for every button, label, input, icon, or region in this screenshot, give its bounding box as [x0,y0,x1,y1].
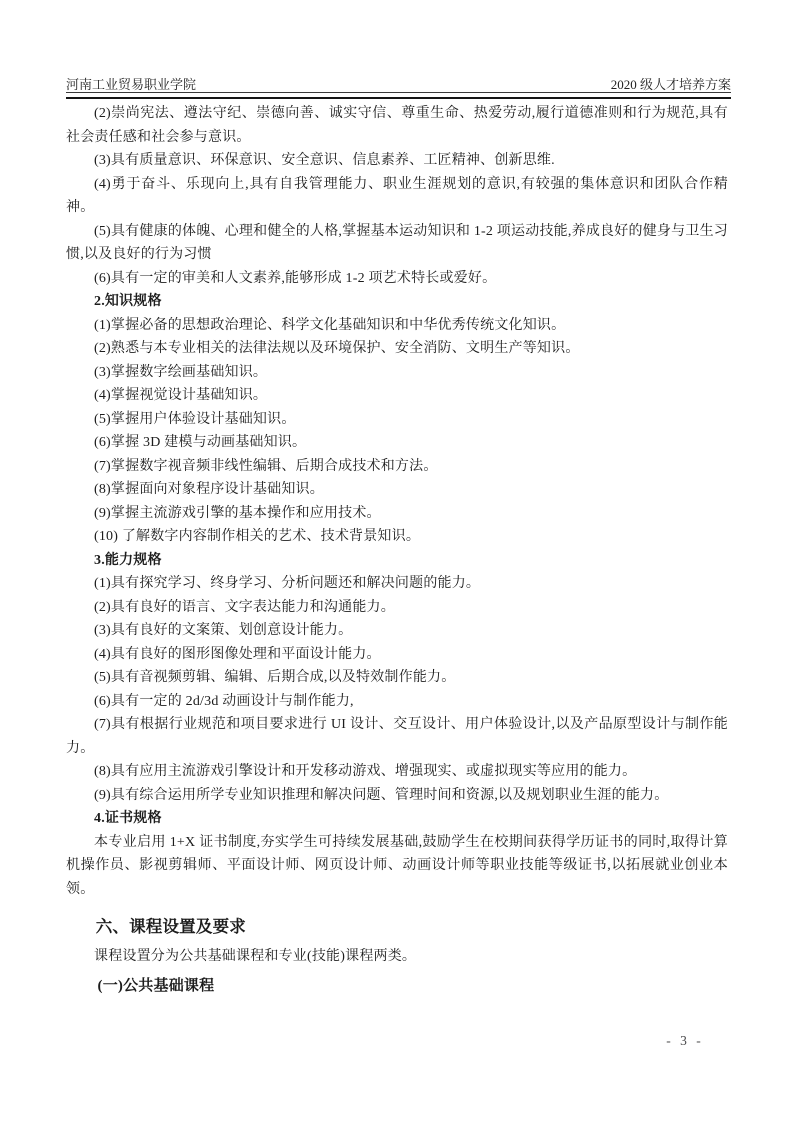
section-heading-courses: 六、课程设置及要求 [66,914,728,940]
knowledge-item-1: (1)掌握必备的思想政治理论、科学文化基础知识和中华优秀传统文化知识。 [66,314,728,338]
knowledge-item-3: (3)掌握数字绘画基础知识。 [66,361,728,385]
knowledge-item-7: (7)掌握数字视音频非线性编辑、后期合成技术和方法。 [66,455,728,479]
page-number: - 3 - [655,1033,715,1049]
header-rule-thin [66,92,731,93]
ability-item-6: (6)具有一定的 2d/3d 动画设计与制作能力, [66,690,728,714]
knowledge-item-10: (10) 了解数字内容制作相关的艺术、技术背景知识。 [66,525,728,549]
heading-ability: 3.能力规格 [66,549,728,573]
ability-item-4: (4)具有良好的图形图像处理和平面设计能力。 [66,643,728,667]
quality-item-5: (5)具有健康的体魄、心理和健全的人格,掌握基本运动知识和 1-2 项运动技能,… [66,220,728,267]
header-rule-thick [66,97,731,99]
header-school-name: 河南工业贸易职业学院 [66,74,196,93]
quality-item-2: (2)崇尚宪法、遵法守纪、崇德向善、诚实守信、尊重生命、热爱劳动,履行道德准则和… [66,102,728,149]
heading-certificate: 4.证书规格 [66,807,728,831]
knowledge-item-2: (2)熟悉与本专业相关的法律法规以及环境保护、安全消防、文明生产等知识。 [66,337,728,361]
ability-item-7: (7)具有根据行业规范和项目要求进行 UI 设计、交互设计、用户体验设计,以及产… [66,713,728,760]
ability-item-1: (1)具有探究学习、终身学习、分析问题还和解决问题的能力。 [66,572,728,596]
certificate-paragraph: 本专业启用 1+X 证书制度,夯实学生可持续发展基础,鼓励学生在校期间获得学历证… [66,831,728,902]
knowledge-item-6: (6)掌握 3D 建模与动画基础知识。 [66,431,728,455]
knowledge-item-9: (9)掌握主流游戏引擎的基本操作和应用技术。 [66,502,728,526]
courses-intro: 课程设置分为公共基础课程和专业(技能)课程两类。 [66,945,728,969]
ability-item-5: (5)具有音视频剪辑、编辑、后期合成,以及特效制作能力。 [66,666,728,690]
quality-item-4: (4)勇于奋斗、乐现向上,具有自我管理能力、职业生涯规划的意识,有较强的集体意识… [66,173,728,220]
quality-item-6: (6)具有一定的审美和人文素养,能够形成 1-2 项艺术特长或爱好。 [66,267,728,291]
ability-item-8: (8)具有应用主流游戏引擎设计和开发移动游戏、增强现实、或虚拟现实等应用的能力。 [66,760,728,784]
header-doc-title: 2020 级人才培养方案 [611,74,731,93]
ability-item-2: (2)具有良好的语言、文字表达能力和沟通能力。 [66,596,728,620]
knowledge-item-4: (4)掌握视觉设计基础知识。 [66,384,728,408]
knowledge-item-5: (5)掌握用户体验设计基础知识。 [66,408,728,432]
subsection-heading-public-basic-courses: (一)公共基础课程 [66,973,728,999]
quality-item-3: (3)具有质量意识、环保意识、安全意识、信息素养、工匠精神、创新思维. [66,149,728,173]
document-page: 河南工业贸易职业学院 2020 级人才培养方案 (2)崇尚宪法、遵法守纪、崇德向… [0,0,793,1122]
document-body: (2)崇尚宪法、遵法守纪、崇德向善、诚实守信、尊重生命、热爱劳动,履行道德准则和… [66,102,728,999]
heading-knowledge: 2.知识规格 [66,290,728,314]
ability-item-9: (9)具有综合运用所学专业知识推理和解决问题、管理时间和资源,以及规划职业生涯的… [66,784,728,808]
knowledge-item-8: (8)掌握面向对象程序设计基础知识。 [66,478,728,502]
ability-item-3: (3)具有良好的文案策、划创意设计能力。 [66,619,728,643]
page-header: 河南工业贸易职业学院 2020 级人才培养方案 [66,74,731,93]
